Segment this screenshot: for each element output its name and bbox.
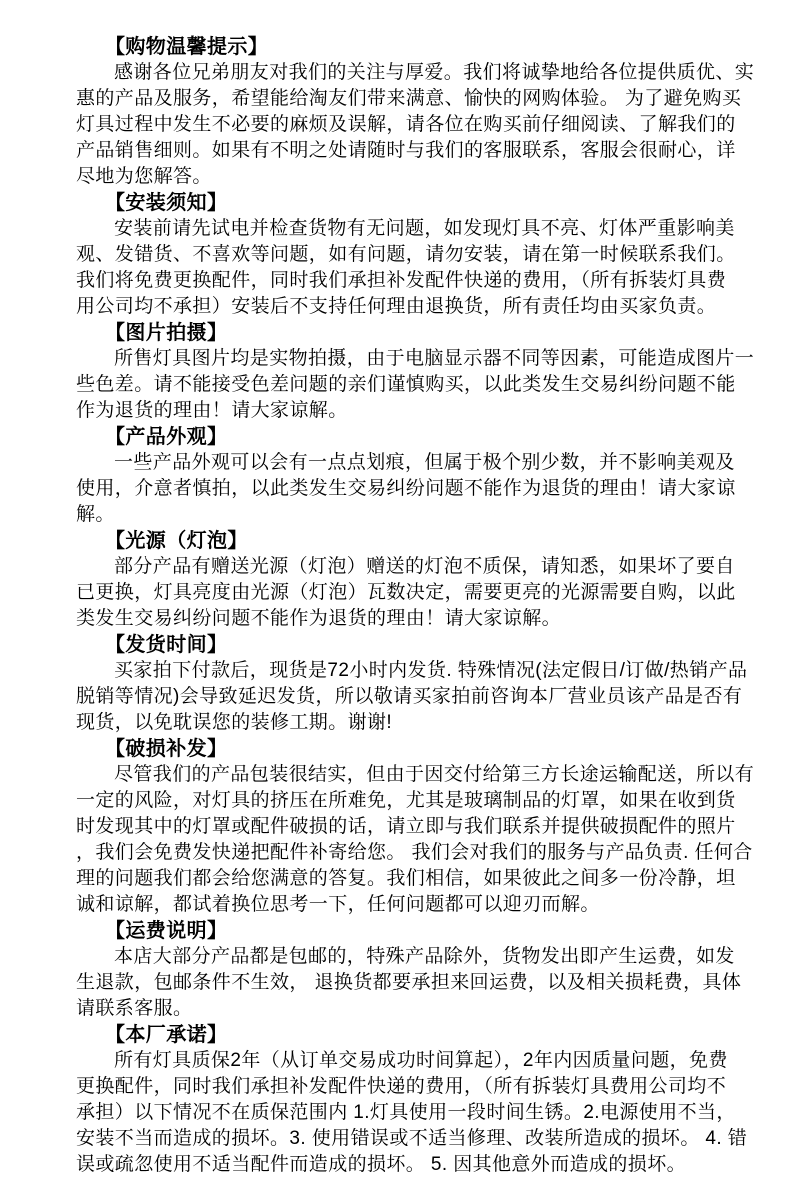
text-line: 生退款，包邮条件不生效， 退换货都要承担来回运费，以及相关损耗费，具体 (76, 970, 760, 996)
text-line: 灯具过程中发生不必要的麻烦及误解，请各位在购买前仔细阅读、了解我们的 (76, 112, 760, 138)
text-line: 作为退货的理由！请大家谅解。 (76, 398, 760, 424)
text-line: 时发现其中的灯罩或配件破损的话，请立即与我们联系并提供破损配件的照片 (76, 814, 760, 840)
text-line: 请联系客服。 (76, 996, 760, 1022)
text-line: 尽地为您解答。 (76, 164, 760, 190)
section: 【破损补发】尽管我们的产品包装很结实，但由于因交付给第三方长途运输配送，所以有一… (76, 736, 760, 918)
text-line: 些色差。请不能接受色差问题的亲们谨慎购买，以此类发生交易纠纷问题不能 (76, 372, 760, 398)
text-line: 安装不当而造成的损坏。3. 使用错误或不适当修理、改装所造成的损坏。 4. 错 (76, 1126, 760, 1152)
text-line: 现货，以免耽误您的装修工期。谢谢! (76, 710, 760, 736)
section: 【本厂承诺】所有灯具质保2年（从订单交易成功时间算起），2年内因质量问题，免费更… (76, 1022, 760, 1178)
section: 【运费说明】本店大部分产品都是包邮的，特殊产品除外，货物发出即产生运费，如发生退… (76, 918, 760, 1022)
section-heading: 【购物温馨提示】 (76, 34, 760, 60)
text-line: 产品销售细则。如果有不明之处请随时与我们的客服联系，客服会很耐心，详 (76, 138, 760, 164)
text-line: 误或疏忽使用不适当配件而造成的损坏。 5. 因其他意外而造成的损坏。 (76, 1152, 760, 1178)
document: 【购物温馨提示】感谢各位兄弟朋友对我们的关注与厚爱。我们将诚挚地给各位提供质优、… (0, 0, 790, 1179)
text-line: 已更换，灯具亮度由光源（灯泡）瓦数决定，需要更亮的光源需要自购，以此 (76, 580, 760, 606)
section-heading: 【破损补发】 (76, 736, 760, 762)
section-heading: 【产品外观】 (76, 424, 760, 450)
text-line: 所售灯具图片均是实物拍摄，由于电脑显示器不同等因素，可能造成图片一 (76, 346, 760, 372)
section-heading: 【发货时间】 (76, 632, 760, 658)
text-line: 观、发错货、不喜欢等问题，如有问题，请勿安装，请在第一时候联系我们。 (76, 242, 760, 268)
text-line: 所有灯具质保2年（从订单交易成功时间算起），2年内因质量问题，免费 (76, 1048, 760, 1074)
section: 【安装须知】安装前请先试电并检查货物有无问题，如发现灯具不亮、灯体严重影响美观、… (76, 190, 760, 320)
text-line: 承担）以下情况不在质保范围内 1.灯具使用一段时间生锈。2.电源使用不当， (76, 1100, 760, 1126)
section-heading: 【运费说明】 (76, 918, 760, 944)
text-line: 惠的产品及服务，希望能给淘友们带来满意、愉快的网购体验。 为了避免购买 (76, 86, 760, 112)
section: 【图片拍摄】所售灯具图片均是实物拍摄，由于电脑显示器不同等因素，可能造成图片一些… (76, 320, 760, 424)
section: 【产品外观】一些产品外观可以会有一点点划痕，但属于极个别少数，并不影响美观及使用… (76, 424, 760, 528)
text-line: 本店大部分产品都是包邮的，特殊产品除外，货物发出即产生运费，如发 (76, 944, 760, 970)
text-line: 一定的风险，对灯具的挤压在所难免，尤其是玻璃制品的灯罩，如果在收到货 (76, 788, 760, 814)
text-line: 部分产品有赠送光源（灯泡）赠送的灯泡不质保，请知悉，如果坏了要自 (76, 554, 760, 580)
section: 【发货时间】买家拍下付款后，现货是72小时内发货. 特殊情况(法定假日/订做/热… (76, 632, 760, 736)
text-line: 安装前请先试电并检查货物有无问题，如发现灯具不亮、灯体严重影响美 (76, 216, 760, 242)
text-line: 更换配件，同时我们承担补发配件快递的费用，（所有拆装灯具费用公司均不 (76, 1074, 760, 1100)
section: 【购物温馨提示】感谢各位兄弟朋友对我们的关注与厚爱。我们将诚挚地给各位提供质优、… (76, 34, 760, 190)
section-heading: 【图片拍摄】 (76, 320, 760, 346)
text-line: 买家拍下付款后，现货是72小时内发货. 特殊情况(法定假日/订做/热销产品 (76, 658, 760, 684)
section-heading: 【光源（灯泡】 (76, 528, 760, 554)
text-line: 一些产品外观可以会有一点点划痕，但属于极个别少数，并不影响美观及 (76, 450, 760, 476)
text-line: ，我们会免费发快递把配件补寄给您。 我们会对我们的服务与产品负责. 任何合 (76, 840, 760, 866)
text-line: 使用，介意者慎拍，以此类发生交易纠纷问题不能作为退货的理由！请大家谅 (76, 476, 760, 502)
section-heading: 【本厂承诺】 (76, 1022, 760, 1048)
section: 【光源（灯泡】部分产品有赠送光源（灯泡）赠送的灯泡不质保，请知悉，如果坏了要自已… (76, 528, 760, 632)
text-line: 尽管我们的产品包装很结实，但由于因交付给第三方长途运输配送，所以有 (76, 762, 760, 788)
text-line: 理的问题我们都会给您满意的答复。我们相信，如果彼此之间多一份冷静，坦 (76, 866, 760, 892)
text-line: 我们将免费更换配件，同时我们承担补发配件快递的费用，（所有拆装灯具费 (76, 268, 760, 294)
text-line: 诚和谅解，都试着换位思考一下，任何问题都可以迎刃而解。 (76, 892, 760, 918)
text-line: 感谢各位兄弟朋友对我们的关注与厚爱。我们将诚挚地给各位提供质优、实 (76, 60, 760, 86)
text-line: 类发生交易纠纷问题不能作为退货的理由！请大家谅解。 (76, 606, 760, 632)
section-heading: 【安装须知】 (76, 190, 760, 216)
text-line: 解。 (76, 502, 760, 528)
text-line: 用公司均不承担）安装后不支持任何理由退换货，所有责任均由买家负责。 (76, 294, 760, 320)
text-line: 脱销等情况)会导致延迟发货，所以敬请买家拍前咨询本厂营业员该产品是否有 (76, 684, 760, 710)
